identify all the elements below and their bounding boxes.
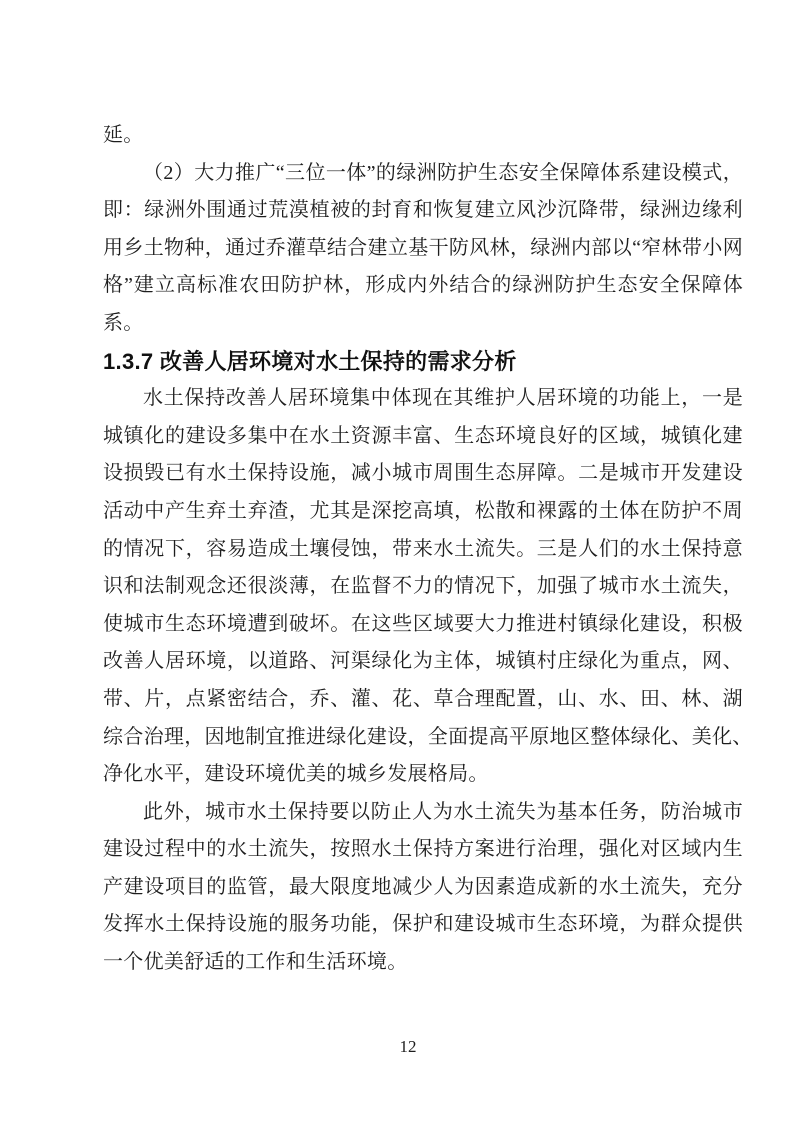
text-line: （2）大力推广“三位一体”的绿洲防护生态安全保障体系建设模式，: [103, 155, 743, 193]
text-line: 综合治理，因地制宜推进绿化建设，全面提高平原地区整体绿化、美化、: [103, 719, 743, 757]
section-heading-1-3-7: 1.3.7 改善人居环境对水土保持的需求分析: [103, 343, 743, 381]
text-line: 即：绿洲外围通过荒漠植被的封育和恢复建立风沙沉降带，绿洲边缘利: [103, 192, 743, 230]
text-line: 一个优美舒适的工作和生活环境。: [103, 944, 743, 982]
document-page: 延。 （2）大力推广“三位一体”的绿洲防护生态安全保障体系建设模式， 即：绿洲外…: [0, 0, 793, 1122]
text-line: 建设过程中的水土流失，按照水土保持方案进行治理，强化对区域内生: [103, 831, 743, 869]
text-line: 产建设项目的监管，最大限度地减少人为因素造成新的水土流失，充分: [103, 869, 743, 907]
text-line: 的情况下，容易造成土壤侵蚀，带来水土流失。三是人们的水土保持意: [103, 531, 743, 569]
text-line: 用乡土物种，通过乔灌草结合建立基干防风林，绿洲内部以“窄林带小网: [103, 230, 743, 268]
text-line: 此外，城市水土保持要以防止人为水土流失为基本任务，防治城市: [103, 794, 743, 832]
text-line: 格”建立高标准农田防护林，形成内外结合的绿洲防护生态安全保障体: [103, 267, 743, 305]
text-line: 发挥水土保持设施的服务功能，保护和建设城市生态环境，为群众提供: [103, 906, 743, 944]
text-line: 系。: [103, 305, 743, 343]
text-line: 城镇化的建设多集中在水土资源丰富、生态环境良好的区域，城镇化建: [103, 418, 743, 456]
text-block: 延。 （2）大力推广“三位一体”的绿洲防护生态安全保障体系建设模式， 即：绿洲外…: [103, 117, 743, 982]
text-line: 延。: [103, 117, 743, 155]
text-line: 活动中产生弃土弃渣，尤其是深挖高填，松散和裸露的土体在防护不周: [103, 493, 743, 531]
text-line: 改善人居环境，以道路、河渠绿化为主体，城镇村庄绿化为重点，网、: [103, 643, 743, 681]
text-line: 净化水平，建设环境优美的城乡发展格局。: [103, 756, 743, 794]
page-number: 12: [358, 1035, 458, 1059]
text-line: 使城市生态环境遭到破坏。在这些区域要大力推进村镇绿化建设，积极: [103, 606, 743, 644]
text-line: 带、片，点紧密结合，乔、灌、花、草合理配置，山、水、田、林、湖: [103, 681, 743, 719]
text-line: 设损毁已有水土保持设施，减小城市周围生态屏障。二是城市开发建设: [103, 455, 743, 493]
text-line: 水土保持改善人居环境集中体现在其维护人居环境的功能上，一是: [103, 380, 743, 418]
text-line: 识和法制观念还很淡薄，在监督不力的情况下，加强了城市水土流失，: [103, 568, 743, 606]
